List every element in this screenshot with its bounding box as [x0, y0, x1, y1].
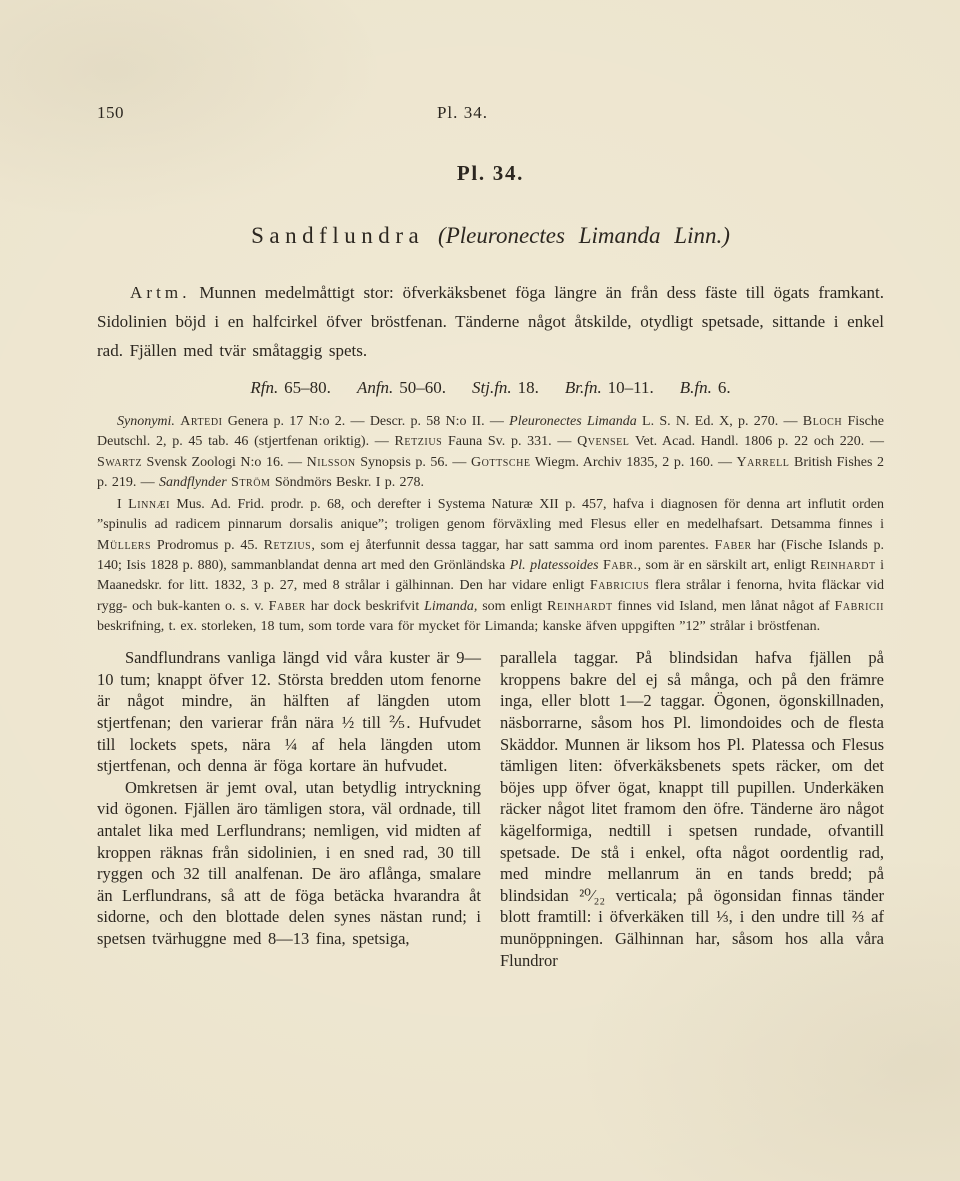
- right-column: parallela taggar. På blindsidan hafva fj…: [500, 647, 884, 971]
- diagnosis-paragraph: Artm. Munnen medelmåttigt stor: öfverkäk…: [97, 278, 884, 365]
- nomenclature-note-paragraph: I Linnæi Mus. Ad. Frid. prodr. p. 68, oc…: [97, 495, 884, 637]
- right-column-paragraph-1: parallela taggar. På blindsidan hafva fj…: [500, 647, 884, 971]
- species-title: Sandflundra (Pleuronectes Limanda Linn.): [97, 220, 884, 252]
- left-column-paragraph-2: Omkretsen är jemt oval, utan betydlig in…: [97, 777, 481, 950]
- running-head-plate: Pl. 34.: [97, 102, 828, 124]
- left-column-paragraph-1: Sandflundrans vanliga längd vid våra kus…: [97, 647, 481, 777]
- left-column: Sandflundrans vanliga längd vid våra kus…: [97, 647, 481, 971]
- book-page: 150 Pl. 34. Pl. 34. Sandflundra (Pleuron…: [0, 0, 960, 1181]
- plate-heading: Pl. 34.: [97, 160, 884, 186]
- running-header: 150 Pl. 34.: [97, 102, 884, 124]
- fin-ray-formula: Rfn. 65–80.Anfn. 50–60.Stj.fn. 18.Br.fn.…: [97, 373, 884, 402]
- synonymy-paragraph: Synonymi. Artedi Genera p. 17 N:o 2. — D…: [97, 412, 884, 493]
- two-column-body: Sandflundrans vanliga längd vid våra kus…: [97, 647, 884, 971]
